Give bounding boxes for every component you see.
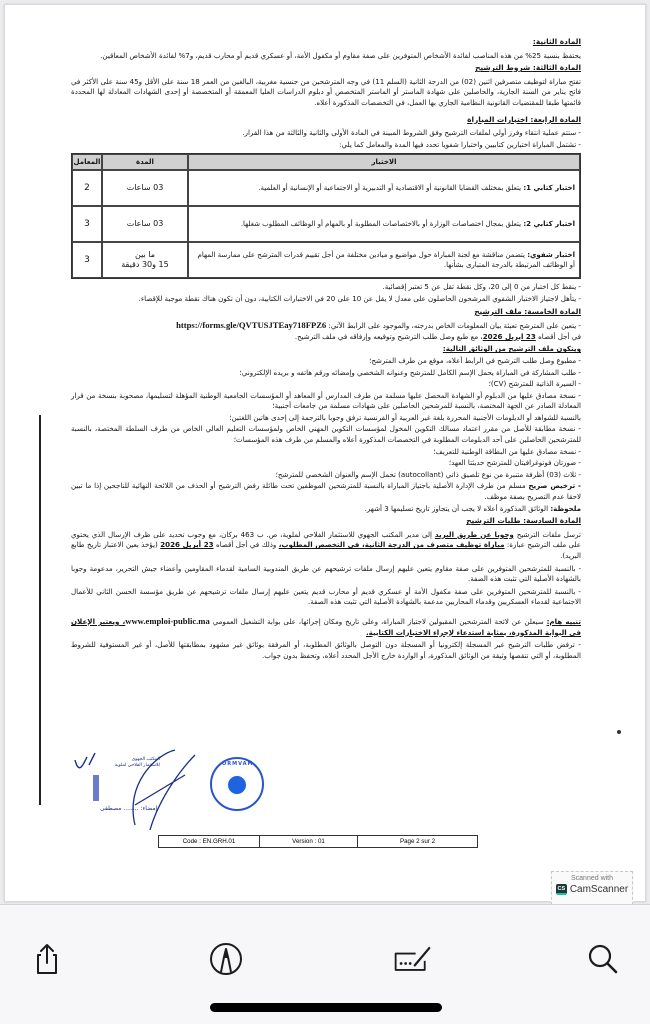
article-2-heading: المادة الثانية: — [71, 37, 581, 48]
deadline-text: وذلك في أجل أقصاه — [216, 540, 276, 549]
signatory-name: إمضاء: ........ مصطفى — [100, 805, 157, 812]
footer-code: Code : EN.GRH.01 — [159, 836, 259, 847]
qualification-note: - يتأهل لاجتياز الاختبار الشفوي المرشحون… — [71, 294, 581, 305]
form-link[interactable]: https://forms.gle/QVTUSJTEay718FPZ6 — [176, 320, 326, 330]
article-5-label: المادة الخامسة: — [524, 307, 581, 316]
document-item: - ثلاث (03) أظرفة متنبرة من نوع تلصيق ذا… — [71, 470, 581, 481]
submission-deadline: 23 أبريل 2026 — [160, 540, 213, 549]
article-4-bullet: - تشتمل المباراة اختبارين كتابيين واختبا… — [71, 140, 581, 151]
signature-button[interactable] — [392, 939, 432, 979]
duration-cell: 03 ساعات — [102, 206, 188, 242]
article-4-bullet: - ستتم عملية انتقاء وفرز أولي لملفات الت… — [71, 128, 581, 139]
document-body: المادة الثانية: يحتفظ بنسبة 25% من هذه ا… — [71, 35, 581, 663]
search-icon — [585, 941, 621, 977]
document-item: - مطبوع وصل طلب الترشيح في الرابط أعلاه،… — [71, 356, 581, 367]
article-5-title: ملف الترشيح — [474, 307, 522, 316]
duration-line-1: ما بين — [107, 250, 183, 261]
submission-text: ترسل ملفات الترشيح — [517, 530, 581, 539]
article-3-label: المادة الثالثة: — [533, 63, 581, 72]
markup-button[interactable] — [206, 939, 246, 979]
test-description: يتضمن مناقشة مع لجنة المباراة حول مواضيع… — [198, 251, 575, 270]
stamp-text: ORMVAM — [222, 761, 253, 767]
markup-pen-icon — [208, 941, 244, 977]
header-duration: المدة — [102, 154, 188, 170]
watermark-line-1: Scanned with — [552, 875, 632, 882]
camscanner-logo-icon: CS — [556, 884, 567, 895]
deadline-date: 23 ابريل 2026 — [483, 332, 536, 341]
table-row: اختبار كتابي 1: يتعلق بمختلف القضايا الق… — [72, 170, 580, 206]
header-coefficient: المعامل — [72, 154, 102, 170]
portal-url[interactable]: www.emploi-public.ma — [125, 616, 210, 626]
permit-item: - ترخيص صريح مسلم من طرف الإدارة الأصلية… — [71, 481, 581, 502]
signature-line: للاستثمار الفلاحي لملوية — [105, 763, 160, 769]
share-button[interactable] — [27, 939, 67, 979]
table-row: اختبار شفوي: يتضمن مناقشة مع لجنة المبار… — [72, 242, 580, 278]
official-stamp: ORMVAM — [210, 757, 264, 811]
document-item: - طلب المشاركة في المباراة يحمل الإسم ال… — [71, 368, 581, 379]
envelope-specialty: ، في التخصص المطلوب، — [279, 540, 365, 549]
test-description: يتعلق بمجال اختصاصات الوزارة أو بالاختصا… — [241, 220, 521, 228]
article-2-text: يحتفظ بنسبة 25% من هذه المناصب لفائدة ال… — [71, 51, 581, 62]
permit-text: مسلم من طرف الإدارة الأصلية باجتياز المب… — [71, 481, 581, 501]
test-label: اختبار كتابي 2: — [523, 220, 575, 228]
scan-artifact-dot — [617, 730, 621, 734]
form-intro: - يتعين على المترشح تعبئة بيان المعلومات… — [328, 321, 581, 330]
home-indicator[interactable] — [210, 1003, 442, 1012]
document-item: - السيرة الذاتية للمترشح (CV)؛ — [71, 379, 581, 390]
document-item: - نسخة مصادق عليها من الدبلوم أو الشهادة… — [71, 391, 581, 412]
stamp-emblem-icon — [228, 776, 246, 794]
article-6-heading: المادة السادسة: طلبات الترشيح — [71, 516, 581, 527]
margin-rule — [39, 415, 41, 805]
coefficient-cell: 3 — [72, 242, 102, 278]
test-label: اختبار كتابي 1: — [523, 184, 575, 192]
validity-note: ملحوظة: الوثائق المذكورة أعلاه لا يجب أن… — [71, 504, 581, 515]
document-item: - صورتان فوتوغرافيتان للمترشح حديثتا الع… — [71, 458, 581, 469]
exams-table: الاختبار المدة المعامل اختبار كتابي 1: ي… — [71, 153, 581, 279]
rejection-note: - ترفض طلبات الترشيح غير المسجلة إلكترون… — [71, 640, 581, 661]
article-6-title: طلبات الترشيح — [466, 516, 520, 525]
note-text: الوثائق المذكورة أعلاه لا يجب أن يتجاوز … — [365, 504, 548, 513]
document-item: - نسخة مطابقة للأصل من مقرر اعتماد مسالك… — [71, 424, 581, 445]
share-icon — [29, 941, 65, 977]
duration-cell: 03 ساعات — [102, 170, 188, 206]
test-label: اختبار شفوي: — [527, 251, 575, 259]
coefficient-cell: 3 — [72, 206, 102, 242]
bottom-toolbar — [0, 904, 650, 1024]
article-3-heading: المادة الثالثة: شروط الترشيح — [71, 63, 581, 74]
document-page: المادة الثانية: يحتفظ بنسبة 25% من هذه ا… — [4, 4, 646, 902]
coefficient-cell: 2 — [72, 170, 102, 206]
document-footer: Code : EN.GRH.01 Version : 01 Page 2 sur… — [158, 835, 478, 848]
search-button[interactable] — [583, 939, 623, 979]
article-5-heading: المادة الخامسة: ملف الترشيح — [71, 307, 581, 318]
test-cell: اختبار كتابي 1: يتعلق بمختلف القضايا الق… — [188, 170, 580, 206]
article-4-title: اختبارات المباراة — [467, 115, 528, 124]
test-cell: اختبار شفوي: يتضمن مناقشة مع لجنة المبار… — [188, 242, 580, 278]
document-viewer[interactable]: المادة الثانية: يحتفظ بنسبة 25% من هذه ا… — [0, 0, 650, 904]
article-6-label: المادة السادسة: — [523, 516, 581, 525]
article-4-label: المادة الرابعة: — [530, 115, 581, 124]
important-notice: تنبيه هام: سيعلن عن لائحة المترشحين المق… — [71, 616, 581, 638]
form-instruction: - يتعين على المترشح تعبئة بيان المعلومات… — [71, 320, 581, 342]
table-row: اختبار كتابي 2: يتعلق بمجال اختصاصات الو… — [72, 206, 580, 242]
notice-text: سيعلن عن لائحة المترشحين المقبولين لاجتي… — [213, 617, 544, 626]
watermark-brand: CamScanner — [570, 884, 628, 895]
test-cell: اختبار كتابي 2: يتعلق بمجال اختصاصات الو… — [188, 206, 580, 242]
veterans-note: - بالنسبة للمترشحين المتوفرين على صفة مك… — [71, 587, 581, 608]
document-item: بالنسبة للشواهد أو الدبلومات الأجنبية ال… — [71, 413, 581, 424]
article-3-title: شروط الترشيح — [475, 63, 530, 72]
submission-instructions: ترسل ملفات الترشيح وجوبا عن طريق البريد … — [71, 530, 581, 562]
footer-version: Version : 01 — [259, 836, 357, 847]
article-4-heading: المادة الرابعة: اختبارات المباراة — [71, 115, 581, 126]
deadline-prefix: في أجل أقصاه — [538, 332, 581, 341]
mandatory-post: وجوبا عن طريق البريد — [435, 530, 514, 539]
resistance-members-note: - بالنسبة للمترشحين المتوفرين على صفة مق… — [71, 564, 581, 585]
document-item: - نسخة مصادق عليها من البطاقة الوطنية لل… — [71, 447, 581, 458]
notice-label: تنبيه هام: — [547, 617, 581, 626]
test-description: يتعلق بمختلف القضايا القانونية أو الاقتص… — [258, 184, 521, 192]
permit-label: - ترخيص صريح — [528, 481, 581, 490]
header-test: الاختبار — [188, 154, 580, 170]
scoring-note: - ينقط كل اختبار من 0 إلى 20، وكل نقطة ت… — [71, 282, 581, 293]
deadline-suffix: ، مع طبع وصل طلب الترشيح وتوقيعه وإرفاقه… — [295, 332, 483, 341]
article-3-text: تفتح مباراة لتوظيف متصرفين اثنين (02) من… — [71, 77, 581, 109]
signature-icon — [392, 941, 432, 977]
camscanner-watermark: Scanned with CS CamScanner — [551, 871, 633, 905]
signature-block: المكتب الجهوي للاستثمار الفلاحي لملوية — [105, 757, 160, 787]
duration-line-2: 15 و30 دقيقة — [107, 260, 183, 271]
duration-cell: ما بين 15 و30 دقيقة — [102, 242, 188, 278]
documents-heading: ويتكون ملف الترشيح من الوثائق التالية: — [71, 344, 581, 355]
note-label: ملحوظة: — [550, 504, 581, 513]
footer-page-number: Page 2 sur 2 — [357, 836, 477, 847]
envelope-label: مباراة توظيف متصرف من الدرجة الثانية — [365, 540, 505, 549]
